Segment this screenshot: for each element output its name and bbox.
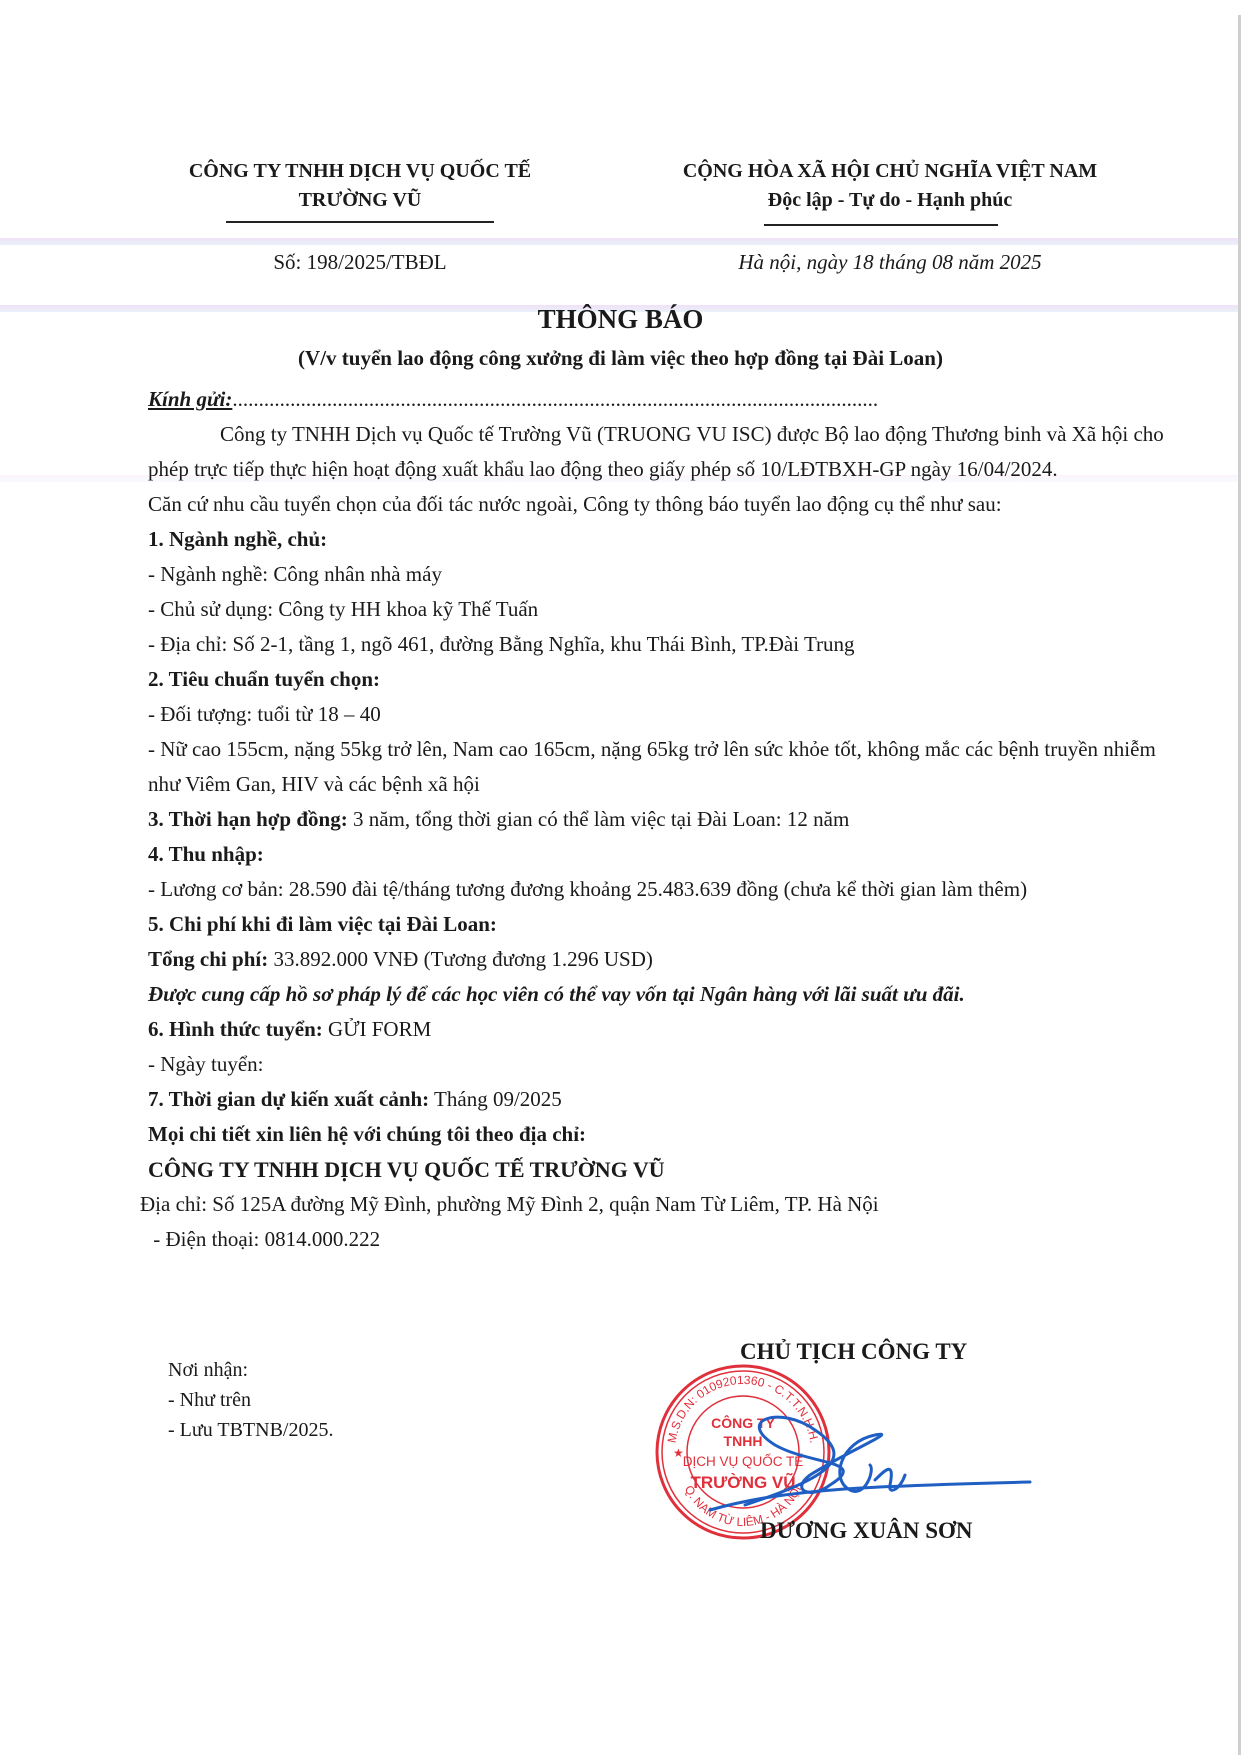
nation-motto: Độc lập - Tự do - Hạnh phúc xyxy=(610,186,1170,215)
section-6: 6. Hình thức tuyển: GỬI FORM xyxy=(148,1012,1178,1047)
company-name-line2: TRƯỜNG VŨ xyxy=(130,186,590,215)
company-header: CÔNG TY TNHH DỊCH VỤ QUỐC TẾ TRƯỜNG VŨ xyxy=(130,157,590,215)
section-7-heading: 7. Thời gian dự kiến xuất cảnh: xyxy=(148,1087,429,1111)
section-6-value: GỬI FORM xyxy=(323,1017,431,1041)
section-2-item: - Nữ cao 155cm, nặng 55kg trở lên, Nam c… xyxy=(148,732,1178,802)
signatory-name: DƯƠNG XUÂN SƠN xyxy=(760,1518,973,1544)
intro-paragraph-2: Căn cứ nhu cầu tuyển chọn của đối tác nư… xyxy=(148,487,1178,522)
section-6-item: - Ngày tuyển: xyxy=(148,1047,1178,1082)
contact-intro: Mọi chi tiết xin liên hệ với chúng tôi t… xyxy=(148,1117,1178,1152)
contact-company: CÔNG TY TNHH DỊCH VỤ QUỐC TẾ TRƯỜNG VŨ xyxy=(148,1152,1178,1187)
national-header: CỘNG HÒA XÃ HỘI CHỦ NGHĨA VIỆT NAM Độc l… xyxy=(610,157,1170,215)
section-5-heading: 5. Chi phí khi đi làm việc tại Đài Loan: xyxy=(148,907,1178,942)
scan-band xyxy=(0,238,1238,245)
section-6-heading: 6. Hình thức tuyển: xyxy=(148,1017,323,1041)
national-header-rule xyxy=(764,224,998,226)
intro-paragraph: Công ty TNHH Dịch vụ Quốc tế Trường Vũ (… xyxy=(148,417,1178,487)
section-3-heading: 3. Thời hạn hợp đồng: xyxy=(148,807,348,831)
salutation: Kính gửi:...............................… xyxy=(148,382,1178,417)
section-5-total: Tổng chi phí: 33.892.000 VNĐ (Tương đươn… xyxy=(148,942,1178,977)
document-subtitle: (V/v tuyển lao động công xưởng đi làm vi… xyxy=(0,346,1241,371)
total-cost-label: Tổng chi phí: xyxy=(148,947,268,971)
recipient-item: - Như trên xyxy=(168,1385,333,1415)
reference-number: Số: 198/2025/TBĐL xyxy=(130,250,590,275)
section-2-heading: 2. Tiêu chuẩn tuyển chọn: xyxy=(148,662,1178,697)
section-4-heading: 4. Thu nhập: xyxy=(148,837,1178,872)
handwritten-signature-icon xyxy=(700,1390,1040,1530)
section-1-item: - Địa chỉ: Số 2-1, tầng 1, ngõ 461, đườn… xyxy=(148,627,1178,662)
loan-note: Được cung cấp hồ sơ pháp lý để các học v… xyxy=(148,977,1178,1012)
total-cost-value: 33.892.000 VNĐ (Tương đương 1.296 USD) xyxy=(268,947,653,971)
recipients-label: Nơi nhận: xyxy=(168,1355,333,1385)
section-1-heading: 1. Ngành nghề, chủ: xyxy=(148,522,1178,557)
contact-address: Địa chỉ: Số 125A đường Mỹ Đình, phường M… xyxy=(140,1187,1178,1222)
section-7-value: Tháng 09/2025 xyxy=(429,1087,562,1111)
place-date: Hà nội, ngày 18 tháng 08 năm 2025 xyxy=(610,250,1170,275)
section-1-item: - Chủ sử dụng: Công ty HH khoa kỹ Thế Tu… xyxy=(148,592,1178,627)
section-3: 3. Thời hạn hợp đồng: 3 năm, tổng thời g… xyxy=(148,802,1178,837)
contact-phone: - Điện thoại: 0814.000.222 xyxy=(148,1222,1178,1257)
document-body: Kính gửi:...............................… xyxy=(148,382,1178,1257)
section-2-item: - Đối tượng: tuổi từ 18 – 40 xyxy=(148,697,1178,732)
signatory-title: CHỦ TỊCH CÔNG TY xyxy=(740,1339,967,1365)
salutation-label: Kính gửi: xyxy=(148,387,232,411)
recipients: Nơi nhận: - Như trên - Lưu TBTNB/2025. xyxy=(168,1355,333,1445)
salutation-dots: ........................................… xyxy=(232,387,878,411)
company-header-rule xyxy=(226,221,494,223)
section-4-item: - Lương cơ bản: 28.590 đài tệ/tháng tươn… xyxy=(148,872,1178,907)
document-title: THÔNG BÁO xyxy=(0,304,1241,335)
section-7: 7. Thời gian dự kiến xuất cảnh: Tháng 09… xyxy=(148,1082,1178,1117)
section-1-item: - Ngành nghề: Công nhân nhà máy xyxy=(148,557,1178,592)
section-3-value: 3 năm, tổng thời gian có thể làm việc tạ… xyxy=(348,807,850,831)
company-name-line1: CÔNG TY TNHH DỊCH VỤ QUỐC TẾ xyxy=(130,157,590,186)
nation-name: CỘNG HÒA XÃ HỘI CHỦ NGHĨA VIỆT NAM xyxy=(610,157,1170,186)
recipient-item: - Lưu TBTNB/2025. xyxy=(168,1415,333,1445)
